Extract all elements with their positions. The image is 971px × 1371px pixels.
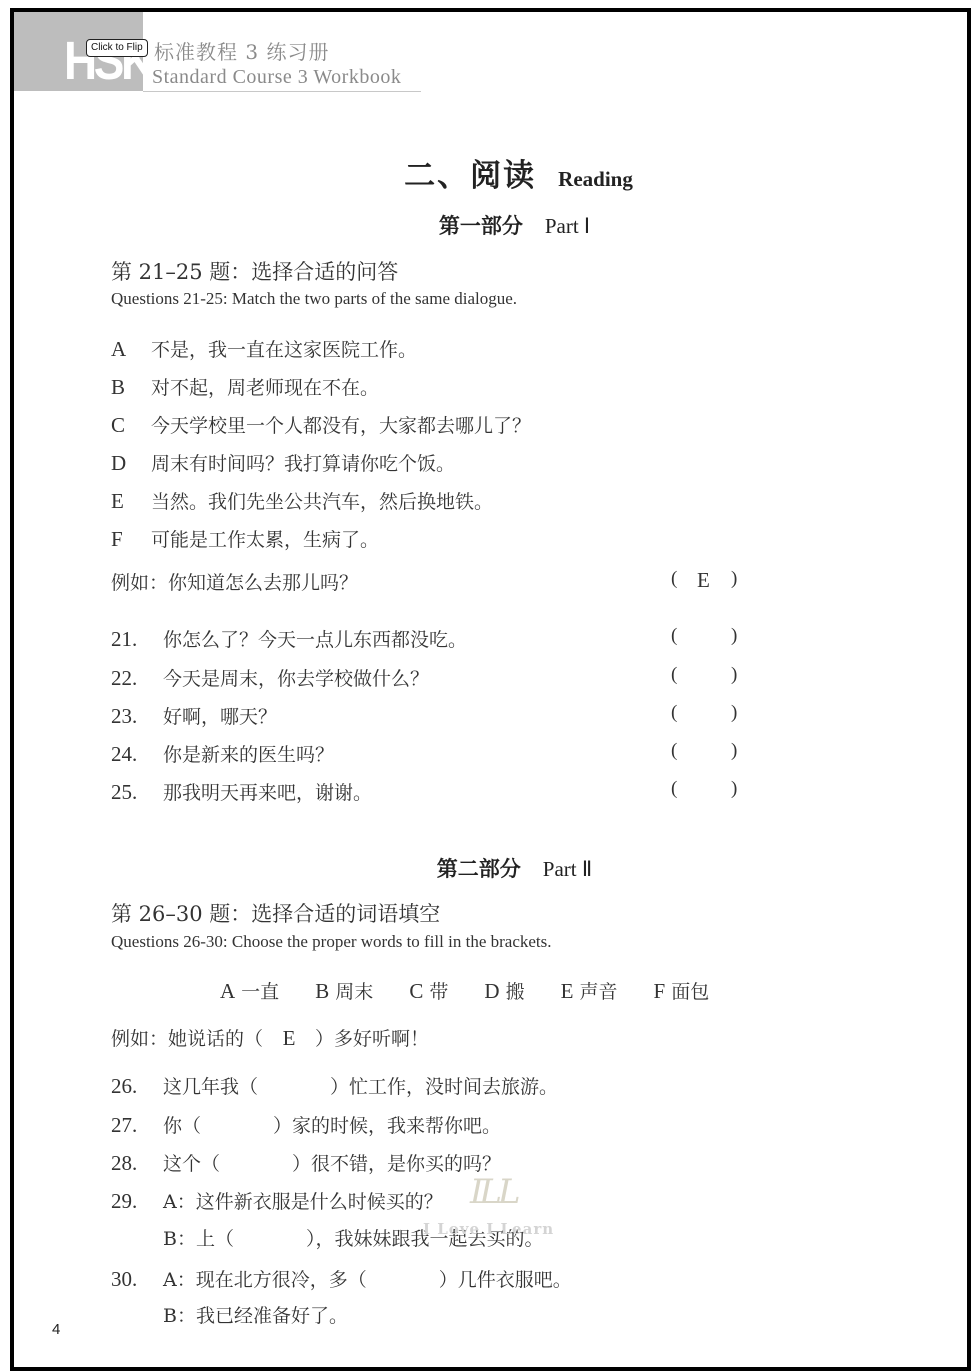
part2-title: 第二部分Part Ⅱ [0, 853, 971, 883]
word-bank-item: A一直 [220, 977, 279, 1004]
question-22: 22.今天是周末，你去学校做什么？ () [111, 664, 751, 691]
question-number: 30. [111, 1267, 163, 1292]
example-label: 例如： [111, 572, 168, 594]
word-bank: A一直 B周末 C带 D搬 E声音 F面包 [220, 977, 739, 1004]
question-number: 29. [111, 1189, 163, 1214]
question-number: 24. [111, 742, 163, 767]
option-letter: C [111, 413, 151, 438]
question-30-line-b: B：我已经准备好了。 [163, 1301, 348, 1328]
question-21: 21.你怎么了？今天一点儿东西都没吃。 () [111, 625, 751, 652]
question-number: 26. [111, 1074, 163, 1099]
part1-example: 例如：你知道怎么去那儿吗？ ( E ) [111, 568, 751, 595]
example-label: 例如： [111, 1028, 168, 1050]
question-25: 25.那我明天再来吧，谢谢。 () [111, 778, 751, 805]
option-text: 当然。我们先坐公共汽车，然后换地铁。 [151, 491, 493, 513]
example-text: 你知道怎么去那儿吗？ [168, 572, 358, 594]
question-28: 28.这个（）很不错，是你买的吗？ [111, 1149, 501, 1176]
option-letter: B [111, 375, 151, 400]
click-to-flip-button[interactable]: Click to Flip [86, 39, 148, 57]
question-29: 29.A：这件新衣服是什么时候买的？ [111, 1187, 443, 1214]
watermark-text: I Love I Learn [423, 1220, 554, 1238]
section-title: 二、阅读Reading [0, 150, 971, 195]
question-number: 28. [111, 1151, 163, 1176]
question-number: 22. [111, 666, 163, 691]
option-letter: A [111, 337, 151, 362]
question-number: 21. [111, 627, 163, 652]
word-bank-item: C带 [409, 977, 448, 1004]
option-f: F可能是工作太累，生病了。 [111, 525, 379, 552]
section-title-en: Reading [558, 167, 633, 191]
option-letter: E [111, 489, 151, 514]
option-text: 可能是工作太累，生病了。 [151, 529, 379, 551]
option-c: C今天学校里一个人都没有，大家都去哪儿了？ [111, 411, 531, 438]
part1-title: 第一部分Part Ⅰ [0, 210, 971, 240]
question-23: 23.好啊，哪天？ () [111, 702, 751, 729]
option-text: 周末有时间吗？我打算请你吃个饭。 [151, 453, 455, 475]
option-text: 对不起，周老师现在不在。 [151, 377, 379, 399]
page-number: 4 [52, 1321, 60, 1338]
part2-instruction-cn: 第 26–30 题：选择合适的词语填空 [111, 898, 440, 928]
word-bank-item: D搬 [484, 977, 524, 1004]
part2-instruction-en: Questions 26-30: Choose the proper words… [111, 932, 552, 952]
question-26: 26.这几年我（）忙工作，没时间去旅游。 [111, 1072, 558, 1099]
question-number: 27. [111, 1113, 163, 1138]
option-text: 今天学校里一个人都没有，大家都去哪儿了？ [151, 415, 531, 437]
option-text: 不是，我一直在这家医院工作。 [151, 339, 417, 361]
part2-title-cn: 第二部分 [437, 856, 521, 881]
question-text: 那我明天再来吧，谢谢。 [163, 782, 372, 804]
part1-title-cn: 第一部分 [439, 213, 523, 238]
question-24: 24.你是新来的医生吗？ () [111, 740, 751, 767]
part1-instruction-en: Questions 21-25: Match the two parts of … [111, 289, 517, 309]
book-title-en: Standard Course 3 Workbook [152, 66, 401, 89]
question-27: 27.你（）家的时候，我来帮你吧。 [111, 1111, 501, 1138]
question-30: 30.A：现在北方很冷，多（）几件衣服吧。 [111, 1265, 572, 1292]
option-a: A不是，我一直在这家医院工作。 [111, 335, 417, 362]
word-bank-item: E声音 [561, 977, 618, 1004]
option-b: B对不起，周老师现在不在。 [111, 373, 379, 400]
example-answer: E [263, 1026, 315, 1051]
option-e: E当然。我们先坐公共汽车，然后换地铁。 [111, 487, 493, 514]
book-title-cn: 标准教程 3 练习册 [154, 36, 329, 65]
option-letter: D [111, 451, 151, 476]
option-letter: F [111, 527, 151, 552]
question-text: 你怎么了？今天一点儿东西都没吃。 [163, 629, 467, 651]
word-bank-item: F面包 [654, 977, 710, 1004]
section-title-cn: 二、阅读 [404, 158, 536, 194]
example-answer: E [697, 568, 710, 593]
question-number: 23. [111, 704, 163, 729]
question-number: 25. [111, 780, 163, 805]
header-divider [143, 91, 421, 92]
option-d: D周末有时间吗？我打算请你吃个饭。 [111, 449, 455, 476]
watermark-logo-icon: ILL [470, 1172, 517, 1212]
word-bank-item: B周末 [315, 977, 373, 1004]
part2-title-en: Part Ⅱ [543, 857, 592, 881]
question-text: 你是新来的医生吗？ [163, 744, 334, 766]
part1-title-en: Part Ⅰ [545, 214, 590, 238]
question-text: 今天是周末，你去学校做什么？ [163, 668, 429, 690]
part2-example: 例如：她说话的（E）多好听啊！ [111, 1024, 429, 1051]
dialogue-line-a: A：这件新衣服是什么时候买的？ [163, 1191, 443, 1213]
part1-instruction-cn: 第 21–25 题：选择合适的问答 [111, 256, 398, 286]
question-text: 好啊，哪天？ [163, 706, 277, 728]
